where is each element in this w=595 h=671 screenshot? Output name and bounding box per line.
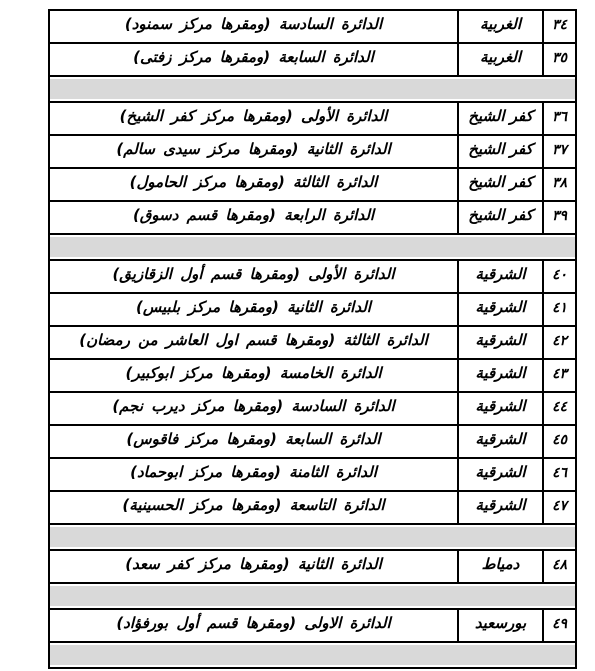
spacer-row — [49, 642, 576, 668]
cell-district-description: الدائرة السابعة (ومقرها مركز زفتى) — [49, 43, 458, 76]
table-row: ٤٤ الشرقية الدائرة السادسة (ومقرها مركز … — [49, 392, 576, 425]
cell-district-number: ٤٨ — [543, 550, 576, 583]
cell-district-description: الدائرة الأولى (ومقرها مركز كفر الشيخ) — [49, 102, 458, 135]
cell-district-number: ٤٢ — [543, 326, 576, 359]
table-row: ٤٦ الشرقية الدائرة الثامنة (ومقرها مركز … — [49, 458, 576, 491]
spacer-cell — [49, 524, 576, 550]
cell-governorate: كفر الشيخ — [458, 135, 543, 168]
cell-district-number: ٤١ — [543, 293, 576, 326]
cell-district-number: ٣٤ — [543, 10, 576, 43]
cell-district-number: ٤٦ — [543, 458, 576, 491]
cell-district-description: الدائرة الثانية (ومقرها مركز كفر سعد) — [49, 550, 458, 583]
spacer-row — [49, 583, 576, 609]
cell-district-description: الدائرة الرابعة (ومقرها قسم دسوق) — [49, 201, 458, 234]
cell-district-description: الدائرة السادسة (ومقرها مركز ديرب نجم) — [49, 392, 458, 425]
table-row: ٣٥ الغربية الدائرة السابعة (ومقرها مركز … — [49, 43, 576, 76]
cell-district-description: الدائرة الخامسة (ومقرها مركز ابوكبير) — [49, 359, 458, 392]
cell-district-description: الدائرة السادسة (ومقرها مركز سمنود) — [49, 10, 458, 43]
cell-district-description: الدائرة التاسعة (ومقرها مركز الحسينية) — [49, 491, 458, 524]
table-row: ٣٨ كفر الشيخ الدائرة الثالثة (ومقرها مرك… — [49, 168, 576, 201]
table-row: ٤٥ الشرقية الدائرة السابعة (ومقرها مركز … — [49, 425, 576, 458]
spacer-row — [49, 234, 576, 260]
table-row: ٣٩ كفر الشيخ الدائرة الرابعة (ومقرها قسم… — [49, 201, 576, 234]
cell-district-number: ٣٧ — [543, 135, 576, 168]
cell-district-number: ٤٥ — [543, 425, 576, 458]
cell-governorate: كفر الشيخ — [458, 168, 543, 201]
table-row: ٣٧ كفر الشيخ الدائرة الثانية (ومقرها مرك… — [49, 135, 576, 168]
cell-district-description: الدائرة الثالثة (ومقرها قسم اول العاشر م… — [49, 326, 458, 359]
cell-governorate: الشرقية — [458, 491, 543, 524]
cell-governorate: كفر الشيخ — [458, 201, 543, 234]
cell-district-description: الدائرة الثامنة (ومقرها مركز ابوحماد) — [49, 458, 458, 491]
table-row: ٤٠ الشرقية الدائرة الأولى (ومقرها قسم أو… — [49, 260, 576, 293]
table-row: ٤٨ دمياط الدائرة الثانية (ومقرها مركز كف… — [49, 550, 576, 583]
cell-governorate: الشرقية — [458, 359, 543, 392]
cell-governorate: الشرقية — [458, 326, 543, 359]
electoral-districts-table: ٣٤ الغربية الدائرة السادسة (ومقرها مركز … — [48, 9, 577, 669]
cell-district-number: ٣٩ — [543, 201, 576, 234]
spacer-cell — [49, 642, 576, 668]
cell-governorate: الغربية — [458, 43, 543, 76]
cell-district-description: الدائرة السابعة (ومقرها مركز فاقوس) — [49, 425, 458, 458]
cell-district-number: ٤٤ — [543, 392, 576, 425]
table-row: ٣٦ كفر الشيخ الدائرة الأولى (ومقرها مركز… — [49, 102, 576, 135]
cell-district-number: ٤٣ — [543, 359, 576, 392]
cell-district-number: ٣٨ — [543, 168, 576, 201]
table-body: ٣٤ الغربية الدائرة السادسة (ومقرها مركز … — [49, 10, 576, 668]
document-page: ٣٤ الغربية الدائرة السادسة (ومقرها مركز … — [0, 0, 595, 671]
cell-governorate: الشرقية — [458, 293, 543, 326]
cell-governorate: الشرقية — [458, 425, 543, 458]
cell-governorate: كفر الشيخ — [458, 102, 543, 135]
spacer-row — [49, 524, 576, 550]
cell-governorate: الشرقية — [458, 260, 543, 293]
cell-district-description: الدائرة الثالثة (ومقرها مركز الحامول) — [49, 168, 458, 201]
table-row: ٤٢ الشرقية الدائرة الثالثة (ومقرها قسم ا… — [49, 326, 576, 359]
cell-district-description: الدائرة الثانية (ومقرها مركز سيدى سالم) — [49, 135, 458, 168]
table-row: ٤١ الشرقية الدائرة الثانية (ومقرها مركز … — [49, 293, 576, 326]
cell-governorate: الشرقية — [458, 458, 543, 491]
table-row: ٤٩ بورسعيد الدائرة الاولى (ومقرها قسم أو… — [49, 609, 576, 642]
cell-district-description: الدائرة الاولى (ومقرها قسم أول بورفؤاد) — [49, 609, 458, 642]
cell-district-description: الدائرة الأولى (ومقرها قسم أول الزقازيق) — [49, 260, 458, 293]
spacer-cell — [49, 234, 576, 260]
cell-district-number: ٤٩ — [543, 609, 576, 642]
table-row: ٤٣ الشرقية الدائرة الخامسة (ومقرها مركز … — [49, 359, 576, 392]
table-row: ٣٤ الغربية الدائرة السادسة (ومقرها مركز … — [49, 10, 576, 43]
spacer-cell — [49, 76, 576, 102]
cell-district-number: ٣٥ — [543, 43, 576, 76]
cell-governorate: دمياط — [458, 550, 543, 583]
cell-district-number: ٣٦ — [543, 102, 576, 135]
cell-district-number: ٤٧ — [543, 491, 576, 524]
cell-governorate: بورسعيد — [458, 609, 543, 642]
cell-district-number: ٤٠ — [543, 260, 576, 293]
spacer-row — [49, 76, 576, 102]
spacer-cell — [49, 583, 576, 609]
cell-governorate: الغربية — [458, 10, 543, 43]
table-row: ٤٧ الشرقية الدائرة التاسعة (ومقرها مركز … — [49, 491, 576, 524]
cell-governorate: الشرقية — [458, 392, 543, 425]
cell-district-description: الدائرة الثانية (ومقرها مركز بلبيس) — [49, 293, 458, 326]
